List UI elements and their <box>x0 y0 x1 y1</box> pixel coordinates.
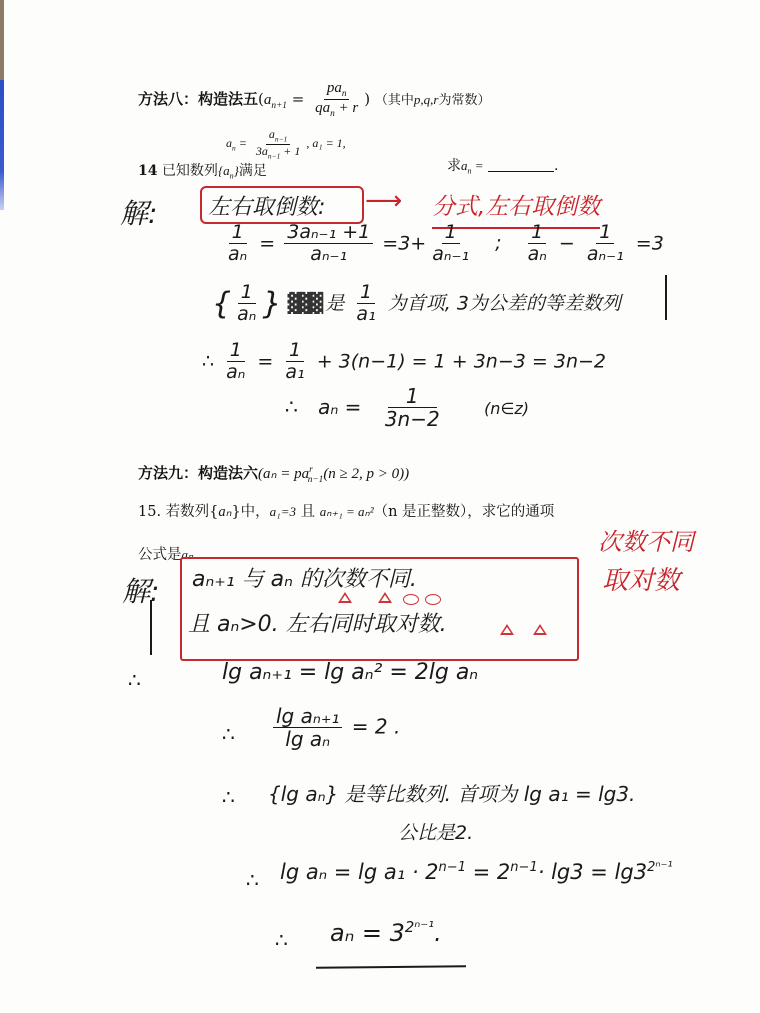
b-sup: n−1 <box>510 860 537 875</box>
den: aₙ <box>223 362 248 384</box>
den-tail: + r <box>335 100 358 116</box>
rec-fraction: an−1 3an−1 + 1 <box>253 128 304 161</box>
ask-var: an = <box>461 158 484 173</box>
separator: ; <box>495 232 501 254</box>
red-side-note-line1: 次数不同 <box>598 522 694 557</box>
step3-therefore: ∴ <box>222 785 235 809</box>
num: 1 <box>229 222 247 244</box>
problem15-line1: 15. 若数列{aₙ}中，a₁=3 且 aₙ₊₁ = aₙ²（n 是正整数），求… <box>138 500 554 521</box>
ask-text: 求 <box>447 158 461 174</box>
solution15-jie: 解: <box>122 570 159 610</box>
lhs: aₙ = 3 <box>330 919 405 947</box>
den: aₙ <box>525 244 550 266</box>
method8-note: （其中p,q,r为常数） <box>375 93 491 108</box>
sup: 2ⁿ⁻¹ <box>405 918 434 936</box>
s: n−1 <box>268 151 280 160</box>
sub: n+1 <box>271 101 287 111</box>
num: 1 <box>596 222 614 244</box>
box-line2: 且 aₙ>0. 左右同时取对数. <box>188 607 447 638</box>
sup: r <box>309 465 313 475</box>
set-fraction: 1aₙ <box>234 282 259 326</box>
rec-den: 3an−1 + 1 <box>253 145 304 161</box>
den: a₁ <box>282 362 307 384</box>
method8-lhs: an+1 <box>264 92 287 108</box>
emphasis-triangle-icon <box>500 624 514 635</box>
problem-text: 已知数列 <box>162 163 218 179</box>
seq-var: aₙ <box>218 504 231 520</box>
method9-label: 方法九：构造法六 <box>138 464 258 482</box>
line3-tail: + 3(n−1) = 1 + 3n−3 = 3n−2 <box>317 350 606 372</box>
eq: = <box>257 350 273 372</box>
num: 1 <box>442 222 460 244</box>
box-line1: aₙ₊₁ 与 aₙ 的次数不同. <box>192 562 417 593</box>
s: n−1 <box>275 134 287 143</box>
therefore-symbol: ∴ <box>285 395 298 419</box>
note-prefix: （其中 <box>375 93 414 108</box>
den: aₙ₋₁ <box>307 244 350 266</box>
num: 1 <box>388 385 437 408</box>
initial-condition: , a₁ = 1, <box>306 136 345 150</box>
step1-therefore: ∴ <box>128 668 141 692</box>
den: a₁ <box>353 304 378 326</box>
den: aₙ <box>234 304 259 326</box>
num-var: pa <box>327 80 342 96</box>
t1: 若数列{ <box>166 504 219 520</box>
arrow-icon: ⟶ <box>365 186 402 216</box>
tail: (n ≥ 2, p > 0)) <box>323 466 409 482</box>
eq: = <box>472 158 484 173</box>
a1: a₁=3 <box>270 504 296 519</box>
problem-text-satisfy: 满足 <box>239 163 267 179</box>
solution14-line1: 1aₙ = 3aₙ₋₁ +1aₙ₋₁ =3+1aₙ₋₁ ; 1aₙ − 1aₙ₋… <box>222 222 664 266</box>
num: 1 <box>238 282 256 304</box>
frac-diff-b: 1aₙ₋₁ <box>584 222 627 266</box>
first-term-fraction: 1a₁ <box>353 282 378 326</box>
scribbled-out-text: ▓▓▓ <box>287 292 319 314</box>
frac-lhs: 1aₙ <box>223 340 248 384</box>
minus: − <box>559 232 575 254</box>
seq-open: {a <box>218 163 230 178</box>
den: lg aₙ <box>282 728 333 751</box>
end: . <box>434 919 442 947</box>
frac-1-over-an: 1aₙ <box>225 222 250 266</box>
solution14-line2: {1aₙ} ▓▓▓ 是 1a₁ 为首项, 3为公差的等差数列 <box>212 282 621 326</box>
emphasis-circle-icon <box>403 594 419 605</box>
num: 1 <box>528 222 546 244</box>
num-sub: n <box>342 89 347 99</box>
step4: lg aₙ = lg a₁ · 2n−1 = 2n−1· lg3 = lg32ⁿ… <box>280 860 673 884</box>
solution14-jie: 解: <box>120 192 157 232</box>
emphasis-circle-icon <box>425 594 441 605</box>
step1: lg aₙ₊₁ = lg aₙ² = 2lg aₙ <box>222 660 478 685</box>
answer-fraction: 13n−2 <box>382 385 443 431</box>
emphasis-triangle-icon <box>533 624 547 635</box>
frac-mid: 3aₙ₋₁ +1aₙ₋₁ <box>284 222 373 266</box>
problem-number: 15. <box>138 504 161 520</box>
step2-therefore: ∴ <box>222 722 235 746</box>
solution14-line3: ∴ 1aₙ = 1a₁ + 3(n−1) = 1 + 3n−3 = 3n−2 <box>202 340 606 384</box>
ratio-fraction: lg aₙ₊₁lg aₙ <box>273 705 342 751</box>
answer-underline <box>316 965 466 969</box>
t: 公式是 <box>138 547 182 563</box>
boxed-hint: 左右取倒数: <box>208 190 325 221</box>
paren-close: ) <box>364 90 370 108</box>
den: aₙ <box>225 244 250 266</box>
method8-heading: 方法八：构造法五(an+1 = pan qan + r ) （其中p,q,r为常… <box>138 80 490 120</box>
den: 3n−2 <box>382 408 443 431</box>
frac-num: pan <box>324 80 350 100</box>
rec-num: an−1 <box>266 128 290 145</box>
num: 3aₙ₋₁ +1 <box>284 222 373 244</box>
num: lg aₙ₊₁ <box>273 705 342 728</box>
b: = 2 <box>466 860 510 884</box>
line2-tail: 为首项, 3为公差的等差数列 <box>388 292 621 314</box>
frac-rhs: 1aₙ₋₁ <box>429 222 472 266</box>
num: 1 <box>227 340 245 362</box>
step3: {lg aₙ} 是等比数列. 首项为 lg a₁ = lg3. <box>268 778 635 807</box>
rhs: =3+ <box>382 232 426 254</box>
result: =3 <box>636 232 664 254</box>
recurrence: aₙ₊₁ = aₙ² <box>320 504 374 519</box>
t3: 且 <box>296 504 320 520</box>
step4-therefore: ∴ <box>246 868 259 892</box>
period: . <box>554 158 558 174</box>
an-eq: aₙ = <box>318 395 361 419</box>
photo-edge-strip <box>0 0 4 80</box>
c: · lg3 = lg3 <box>538 860 647 884</box>
problem14-stem: 14 已知数列{an}满足 <box>138 160 267 181</box>
step5-final-answer: aₙ = 32ⁿ⁻¹. <box>330 918 442 947</box>
domain-note: (n∈z) <box>484 399 529 418</box>
is-text: 是 <box>325 292 344 314</box>
brace-open: { <box>212 286 231 321</box>
red-side-note-line2: 取对数 <box>602 560 680 597</box>
method9-heading: 方法九：构造法六(aₙ = parn−1(n ≥ 2, p > 0)) <box>138 462 409 485</box>
problem-number: 14 <box>138 163 157 179</box>
note-suffix: 为常数） <box>438 93 490 108</box>
f: (aₙ = pa <box>258 466 309 482</box>
problem14-recurrence: an = an−1 3an−1 + 1 , a₁ = 1, <box>226 128 346 161</box>
margin-stroke <box>665 275 667 320</box>
seq-notation: {an} <box>218 163 239 178</box>
a: lg aₙ = lg a₁ · 2 <box>280 860 439 884</box>
num: 1 <box>286 340 304 362</box>
eq: = <box>292 90 305 108</box>
step3-cont: 公比是2. <box>398 818 473 845</box>
t: + 1 <box>280 144 300 158</box>
t2: }中， <box>231 504 269 520</box>
frac-diff-a: 1aₙ <box>525 222 550 266</box>
therefore-symbol: ∴ <box>202 350 214 372</box>
problem14-ask: 求an = . <box>447 155 558 176</box>
sub: n−1 <box>308 475 324 485</box>
method8-fraction: pan qan + r <box>312 80 361 120</box>
brace-close: } <box>262 286 281 321</box>
step2: lg aₙ₊₁lg aₙ = 2 . <box>270 705 400 751</box>
a-sup: n−1 <box>439 860 466 875</box>
v: 3a <box>256 144 268 158</box>
rhs: = 2 . <box>352 715 401 739</box>
step5-therefore: ∴ <box>275 928 288 952</box>
rec-lhs-sub: n <box>232 143 236 152</box>
solution14-line4: ∴ aₙ = 13n−2 (n∈z) <box>285 385 529 431</box>
t4: （n 是正整数），求它的通项 <box>374 504 555 520</box>
jie-stroke <box>150 600 152 655</box>
frac-den: qan + r <box>312 100 361 120</box>
den: aₙ₋₁ <box>584 244 627 266</box>
den-var: qa <box>315 100 330 116</box>
emphasis-triangle-icon <box>378 592 392 603</box>
c-sup: 2ⁿ⁻¹ <box>647 860 673 875</box>
num: 1 <box>357 282 375 304</box>
method9-formula: (aₙ = parn−1(n ≥ 2, p > 0)) <box>258 466 409 482</box>
method8-label: 方法八：构造法五 <box>138 90 258 108</box>
note-vars: p,q,r <box>414 92 439 107</box>
emphasis-triangle-icon <box>338 592 352 603</box>
photo-edge-blue-strip <box>0 80 4 210</box>
frac-a1: 1a₁ <box>282 340 307 384</box>
den: aₙ₋₁ <box>429 244 472 266</box>
answer-blank <box>488 171 554 172</box>
